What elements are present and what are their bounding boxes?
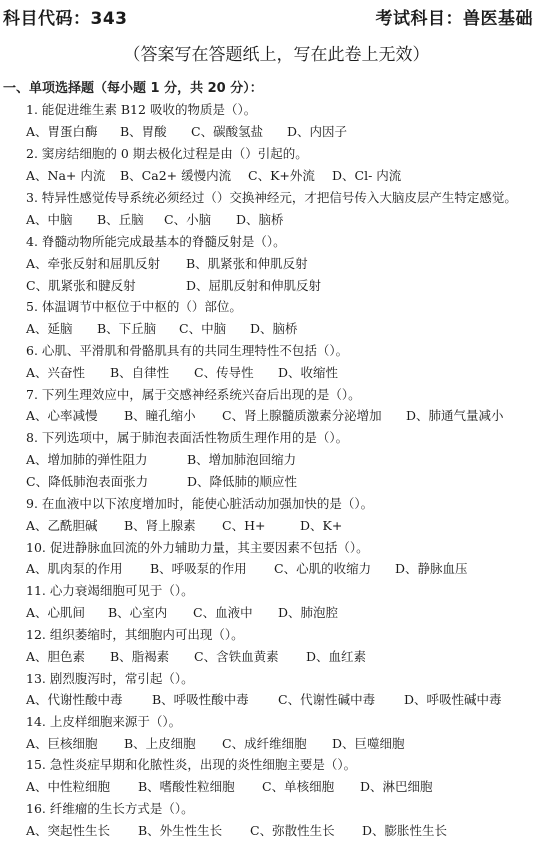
option-b: B、丘脑 [97, 212, 144, 228]
option-a: A、延脑 [26, 321, 73, 337]
option-b: B、呼吸泵的作用 [150, 561, 247, 577]
option-a: A、突起性生长 [26, 823, 110, 839]
option-a: A、增加肺的弹性阻力 [26, 452, 148, 468]
option-c: C、肌紧张和腱反射 [26, 278, 136, 294]
question-stem-13: 13. 剧烈腹泻时，常引起（）。 [26, 671, 194, 687]
option-c: C、传导性 [194, 365, 254, 381]
option-a: A、心肌间 [26, 605, 85, 621]
option-d: D、巨噬细胞 [332, 736, 405, 752]
question-stem-14: 14. 上皮样细胞来源于（）。 [26, 714, 181, 730]
option-c: C、碳酸氢盐 [191, 124, 263, 140]
option-d: D、肺泡腔 [278, 605, 338, 621]
option-a: A、乙酰胆碱 [26, 518, 98, 534]
option-a: A、心率减慢 [26, 408, 98, 424]
section-title: 一、单项选择题（每小题 1 分，共 20 分）： [3, 77, 263, 96]
question-stem-1: 1. 能促进维生素 B12 吸收的物质是（）。 [26, 102, 256, 118]
option-d: D、收缩性 [278, 365, 338, 381]
option-b: B、脂褐素 [110, 649, 169, 665]
option-b: B、自律性 [110, 365, 169, 381]
option-d: D、脑桥 [236, 212, 284, 228]
option-d: D、淋巴细胞 [360, 779, 433, 795]
option-c: C、H+ [222, 518, 265, 534]
option-b: B、增加肺泡回缩力 [187, 452, 296, 468]
option-d: D、膨胀性生长 [362, 823, 447, 839]
option-c: C、K+外流 [248, 168, 315, 184]
option-d: D、K+ [300, 518, 342, 534]
option-a: A、肌肉泵的作用 [26, 561, 123, 577]
option-c: C、肾上腺髓质激素分泌增加 [222, 408, 382, 424]
option-c: C、弥散性生长 [250, 823, 335, 839]
question-stem-5: 5. 体温调节中枢位于中枢的（）部位。 [26, 299, 242, 315]
option-a: A、巨核细胞 [26, 736, 98, 752]
option-b: B、瞳孔缩小 [124, 408, 196, 424]
answer-notice: （答案写在答题纸上，写在此卷上无效） [0, 40, 539, 65]
option-b: B、嗜酸性粒细胞 [138, 779, 235, 795]
option-b: B、下丘脑 [97, 321, 156, 337]
option-a: A、牵张反射和屈肌反射 [26, 256, 160, 272]
option-c: C、含铁血黄素 [194, 649, 279, 665]
question-stem-16: 16. 纤维瘤的生长方式是（）。 [26, 801, 194, 817]
option-b: B、外生性生长 [138, 823, 222, 839]
option-b: B、肌紧张和伸肌反射 [186, 256, 308, 272]
question-stem-11: 11. 心力衰竭细胞可见于（）。 [26, 583, 194, 599]
option-c: C、单核细胞 [262, 779, 334, 795]
question-stem-6: 6. 心肌、平滑肌和骨骼肌具有的共同生理特性不包括（）。 [26, 343, 348, 359]
option-a: A、Na+ 内流 [26, 168, 105, 184]
option-c: C、血液中 [193, 605, 253, 621]
option-d: D、静脉血压 [395, 561, 468, 577]
option-a: A、胆色素 [26, 649, 85, 665]
option-a: A、中脑 [26, 212, 73, 228]
option-d: D、屈肌反射和伸肌反射 [186, 278, 321, 294]
option-d: D、呼吸性碱中毒 [404, 692, 502, 708]
subject-code: 科目代码：343 [3, 4, 128, 29]
option-c: C、中脑 [179, 321, 226, 337]
option-a: A、兴奋性 [26, 365, 85, 381]
subject-name: 考试科目：兽医基础 [376, 4, 534, 29]
option-b: B、上皮细胞 [124, 736, 196, 752]
option-c: C、小脑 [164, 212, 211, 228]
option-a: A、中性粒细胞 [26, 779, 110, 795]
question-stem-12: 12. 组织萎缩时，其细胞内可出现（）。 [26, 627, 244, 643]
option-b: B、胃酸 [120, 124, 167, 140]
question-stem-15: 15. 急性炎症早期和化脓性炎，出现的炎性细胞主要是（）。 [26, 757, 356, 773]
option-a: A、胃蛋白酶 [26, 124, 98, 140]
option-c: C、心肌的收缩力 [274, 561, 371, 577]
option-d: D、肺通气量减小 [406, 408, 504, 424]
option-d: D、内因子 [287, 124, 347, 140]
option-c: C、降低肺泡表面张力 [26, 474, 148, 490]
question-stem-8: 8. 下列选项中，属于肺泡表面活性物质生理作用的是（）。 [26, 430, 348, 446]
question-stem-2: 2. 窦房结细胞的 0 期去极化过程是由（）引起的。 [26, 146, 308, 162]
option-b: B、呼吸性酸中毒 [152, 692, 249, 708]
question-stem-7: 7. 下列生理效应中，属于交感神经系统兴奋后出现的是（）。 [26, 387, 361, 403]
option-c: C、成纤维细胞 [222, 736, 307, 752]
option-b: B、Ca2+ 缓慢内流 [120, 168, 231, 184]
question-stem-4: 4. 脊髓动物所能完成最基本的脊髓反射是（）。 [26, 234, 286, 250]
question-stem-10: 10. 促进静脉血回流的外力辅助力量，其主要因素不包括（）。 [26, 540, 369, 556]
option-d: D、脑桥 [250, 321, 298, 337]
option-b: B、心室内 [108, 605, 167, 621]
option-c: C、代谢性碱中毒 [278, 692, 375, 708]
question-stem-9: 9. 在血液中以下浓度增加时，能使心脏活动加强加快的是（）。 [26, 496, 373, 512]
option-d: D、降低肺的顺应性 [187, 474, 297, 490]
question-stem-3: 3. 特异性感觉传导系统必须经过（）交换神经元，才把信号传入大脑皮层产生特定感觉… [26, 190, 517, 206]
option-b: B、肾上腺素 [124, 518, 196, 534]
option-d: D、Cl- 内流 [332, 168, 401, 184]
option-a: A、代谢性酸中毒 [26, 692, 123, 708]
option-d: D、血红素 [306, 649, 366, 665]
